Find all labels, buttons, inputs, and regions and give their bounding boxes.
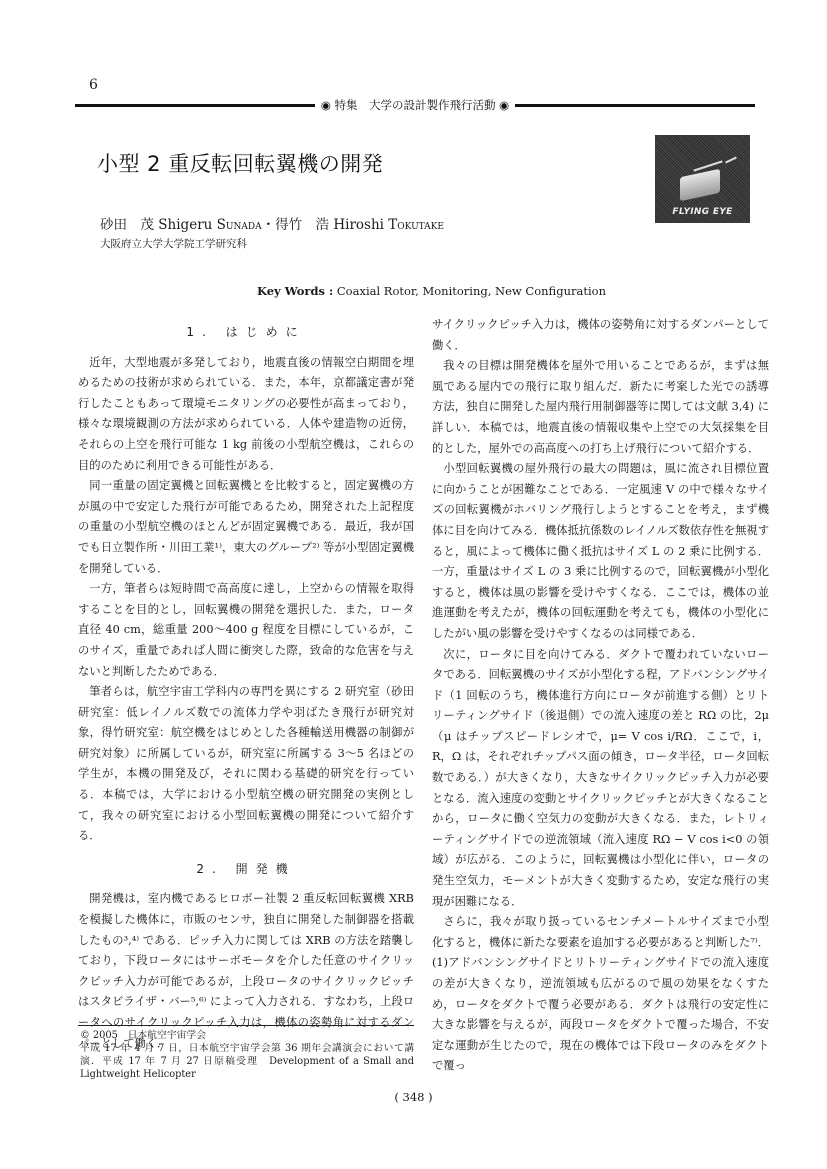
author2-given: Hiroshi — [333, 217, 384, 233]
author1-family: Sunada — [217, 217, 262, 233]
keywords: Key Words : Coaxial Rotor, Monitoring, N… — [257, 284, 606, 298]
left-column: 1. はじめに 近年，大型地震が多発しており，地震直後の情報空白期間を埋めるため… — [78, 314, 414, 1054]
special-issue-banner: ◉ 特集 大学の設計製作飛行活動 ◉ — [75, 96, 755, 114]
flying-eye-logo: FLYING EYE — [655, 135, 750, 223]
article-title: 小型 2 重反転回転翼機の開発 — [97, 148, 383, 178]
paragraph: 同一重量の固定翼機と回転翼機とを比較すると，固定翼機の方が風の中で安定した飛行が… — [78, 476, 414, 579]
paragraph: 小型回転翼機の屋外飛行の最大の問題は，風に流され目標位置に向かうことが困難なこと… — [432, 459, 769, 644]
logo-text: FLYING EYE — [655, 207, 750, 217]
paragraph-continued: サイクリックピッチ入力は，機体の姿勢角に対するダンパーとして働く． — [432, 315, 769, 356]
page-number: 6 — [89, 77, 98, 93]
section-heading-development-aircraft: 2. 開発機 — [78, 859, 414, 880]
paragraph: 我々の目標は開発機体を屋外で用いることであるが，まずは無風である屋内での飛行に取… — [432, 356, 769, 459]
footnote-divider — [78, 1025, 414, 1026]
author2-japanese: 得竹 浩 — [275, 217, 329, 233]
paragraph: 近年，大型地震が多発しており，地震直後の情報空白期間を埋めるための技術が求められ… — [78, 353, 414, 477]
paragraph: 一方，筆者らは短時間で高高度に達し，上空からの情報を取得することを目的とし，回転… — [78, 579, 414, 682]
paragraph: さらに，我々が取り扱っているセンチメートルサイズまで小型化すると，機体に新たな要… — [432, 912, 769, 1077]
rotor-blade-icon — [725, 157, 737, 164]
author1-given: Shigeru — [158, 217, 212, 233]
paragraph: 筆者らは，航空宇宙工学科内の専門を異にする 2 研究室（砂田研究室：低レイノルズ… — [78, 682, 414, 847]
author1-japanese: 砂田 茂 — [100, 217, 154, 233]
author-line: 砂田 茂 Shigeru Sunada・得竹 浩 Hiroshi Tokutak… — [100, 213, 444, 233]
footnote: © 2005 日本航空宇宙学会 平成 17 年 4 月 7 日，日本航空宇宙学会… — [80, 1029, 414, 1081]
affiliation: 大阪府立大学大学院工学研究科 — [100, 236, 247, 251]
series-label: ◉ 特集 大学の設計製作飛行活動 ◉ — [315, 97, 515, 113]
keywords-list: Coaxial Rotor, Monitoring, New Configura… — [337, 284, 606, 298]
journal-page-number: ( 348 ) — [0, 1090, 827, 1104]
right-column: サイクリックピッチ入力は，機体の姿勢角に対するダンパーとして働く． 我々の目標は… — [432, 315, 769, 1077]
section-heading-introduction: 1. はじめに — [78, 322, 414, 343]
author2-family: Tokutake — [388, 217, 444, 233]
helicopter-image — [680, 169, 720, 202]
paragraph: 次に，ロータに目を向けてみる．ダクトで覆われていないロータである．回転翼機のサイ… — [432, 645, 769, 913]
author-separator: ・ — [262, 217, 276, 233]
footnote-text: 平成 17 年 4 月 7 日，日本航空宇宙学会第 36 期年会講演会において講… — [80, 1042, 414, 1081]
banner-rule-left — [75, 104, 315, 107]
copyright-notice: © 2005 日本航空宇宙学会 — [80, 1029, 414, 1042]
banner-rule-right — [515, 104, 755, 107]
keywords-label: Key Words : — [257, 284, 333, 298]
